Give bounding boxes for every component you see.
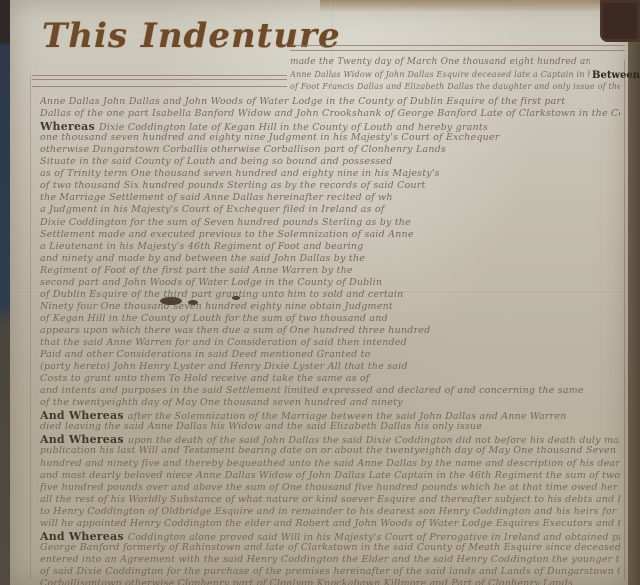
line-text: Ninety four One thousand seven hundred e… — [40, 301, 393, 312]
book-corner — [600, 0, 640, 42]
line-keyword: And Whereas — [40, 409, 128, 422]
document-line: George Banford formerly of Rahinstown an… — [40, 542, 620, 553]
document-line: a Judgment in his Majesty's Court of Exc… — [40, 204, 620, 215]
heading-line: made the Twenty day of March One thousan… — [290, 57, 590, 67]
document-line: Situate in the said County of Louth and … — [40, 156, 620, 167]
right-margin-line — [624, 60, 625, 580]
line-text: (party hereto) John Henry Lyster and Hen… — [40, 361, 408, 372]
between-label: Between — [592, 70, 640, 81]
document-line: publication his last Will and Testament … — [40, 445, 620, 456]
line-text: Dallas of the one part Isabella Banford … — [40, 108, 620, 119]
document-line: a Lieutenant in his Majesty's 46th Regim… — [40, 241, 620, 252]
line-text: Corballisontown otherwise Clonhenry part… — [40, 578, 573, 585]
document-line: And Whereas Coddington alone proved said… — [40, 530, 620, 543]
line-text: second part and John Woods of Water Lodg… — [40, 277, 382, 288]
line-text: of Kegan Hill in the County of Louth for… — [40, 313, 388, 324]
document-line: one thousand seven hundred and eighty ni… — [40, 132, 620, 143]
line-text: a Lieutenant in his Majesty's 46th Regim… — [40, 241, 363, 252]
line-text: Paid and other Considerations in said De… — [40, 349, 371, 360]
line-text: a Judgment in his Majesty's Court of Exc… — [40, 204, 385, 215]
line-text: otherwise Dungarstown Corballis otherwis… — [40, 144, 446, 155]
title-rule-1 — [32, 75, 287, 76]
parchment-fold-top — [320, 0, 620, 12]
document-line: that the said Anne Warren for and in Con… — [40, 337, 620, 348]
document-line: Ninety four One thousand seven hundred e… — [40, 301, 620, 312]
line-text: hundred and ninety five and thereby bequ… — [40, 458, 620, 469]
document-line: will he appointed Henry Coddington the e… — [40, 518, 620, 529]
line-text: five hundred pounds over and above the s… — [40, 482, 620, 493]
line-text: appears upon which there was then due a … — [40, 325, 430, 336]
document-line: (party hereto) John Henry Lyster and Hen… — [40, 361, 620, 372]
document-line: appears upon which there was then due a … — [40, 325, 620, 336]
document-line: Settlement made and executed previous to… — [40, 229, 620, 240]
document-line: and most dearly beloved niece Anne Dalla… — [40, 470, 620, 481]
line-text: as of Trinity term One thousand seven hu… — [40, 168, 440, 179]
line-text: Costs to grant unto them To Hold receive… — [40, 373, 370, 384]
left-margin-line — [30, 75, 31, 580]
line-text: Situate in the said County of Louth and … — [40, 156, 393, 167]
line-text: Anne Dallas John Dallas and John Woods o… — [40, 96, 565, 107]
line-text: will he appointed Henry Coddington the e… — [40, 518, 620, 529]
heading-line: of Foot Francis Dallas and Elizabeth Dal… — [290, 82, 620, 91]
line-text: George Banford formerly of Rahinstown an… — [40, 542, 620, 553]
ink-stain — [188, 300, 198, 305]
line-text: of said Dixie Coddington for the purchas… — [40, 566, 620, 577]
line-keyword: And Whereas — [40, 433, 128, 446]
line-keyword: Whereas — [40, 120, 99, 133]
document-line: died leaving the said Anne Dallas his Wi… — [40, 421, 620, 432]
document-line: entered into an Agreement with the said … — [40, 554, 620, 565]
document-line: second part and John Woods of Water Lodg… — [40, 277, 620, 288]
document-line: all the rest of his Worldly Substance of… — [40, 494, 620, 505]
document-line: of the twentyeighth day of May One thous… — [40, 397, 620, 408]
background-table-edge-right — [626, 0, 640, 585]
document-line: and intents and purposes in the said Set… — [40, 385, 620, 396]
document-line: Regiment of Foot of the first part the s… — [40, 265, 620, 276]
document-line: Costs to grant unto them To Hold receive… — [40, 373, 620, 384]
line-text: of two thousand Six hundred pounds Sterl… — [40, 180, 426, 191]
document-line: hundred and ninety five and thereby bequ… — [40, 458, 620, 469]
ink-stain — [160, 297, 182, 305]
line-text: and intents and purposes in the said Set… — [40, 385, 584, 396]
line-text: to Henry Coddington of Oldbridge Esquire… — [40, 506, 620, 517]
document-line: of said Dixie Coddington for the purchas… — [40, 566, 620, 577]
document-line: the Marriage Settlement of said Anne Dal… — [40, 192, 620, 203]
document-line: of two thousand Six hundred pounds Sterl… — [40, 180, 620, 191]
heading-line: Anne Dallas Widow of John Dallas Esquire… — [290, 70, 590, 79]
document-line: Dixie Coddington for the sum of Seven hu… — [40, 217, 620, 228]
line-text: publication his last Will and Testament … — [40, 445, 616, 456]
line-text: the Marriage Settlement of said Anne Dal… — [40, 192, 393, 203]
document-line: to Henry Coddington of Oldbridge Esquire… — [40, 506, 620, 517]
document-line: Paid and other Considerations in said De… — [40, 349, 620, 360]
document-line: And Whereas after the Solemnization of t… — [40, 409, 620, 422]
line-text: all the rest of his Worldly Substance of… — [40, 494, 620, 505]
line-text: Regiment of Foot of the first part the s… — [40, 265, 353, 276]
document-line: of Dublin Esquire of the third part gran… — [40, 289, 620, 300]
document-line: as of Trinity term One thousand seven hu… — [40, 168, 620, 179]
document-line: And Whereas upon the death of the said J… — [40, 433, 620, 446]
line-text: Settlement made and executed previous to… — [40, 229, 414, 240]
line-text: of Dublin Esquire of the third part gran… — [40, 289, 403, 300]
line-text: that the said Anne Warren for and in Con… — [40, 337, 407, 348]
line-text: one thousand seven hundred and eighty ni… — [40, 132, 500, 143]
document-line: and ninety and made by and between the s… — [40, 253, 620, 264]
document-line: Anne Dallas John Dallas and John Woods o… — [40, 96, 620, 107]
line-text: and most dearly beloved niece Anne Dalla… — [40, 470, 620, 481]
title-rule-2 — [32, 79, 287, 80]
line-text: died leaving the said Anne Dallas his Wi… — [40, 421, 482, 432]
line-text: Dixie Coddington for the sum of Seven hu… — [40, 217, 411, 228]
document-line: of Kegan Hill in the County of Louth for… — [40, 313, 620, 324]
line-keyword: And Whereas — [40, 530, 128, 543]
line-text: of the twentyeighth day of May One thous… — [40, 397, 403, 408]
line-text: and ninety and made by and between the s… — [40, 253, 365, 264]
document-line: Dallas of the one part Isabella Banford … — [40, 108, 620, 119]
title-rule-3 — [32, 86, 287, 87]
ink-stain — [232, 296, 240, 300]
document-line: Corballisontown otherwise Clonhenry part… — [40, 578, 620, 585]
line-text: entered into an Agreement with the said … — [40, 554, 620, 565]
header-rule-1 — [290, 45, 625, 46]
header-rule-2 — [290, 50, 625, 51]
document-line: five hundred pounds over and above the s… — [40, 482, 620, 493]
document-line: Whereas Dixie Coddington late of Kegan H… — [40, 120, 620, 133]
document-line: otherwise Dungarstown Corballis otherwis… — [40, 144, 620, 155]
